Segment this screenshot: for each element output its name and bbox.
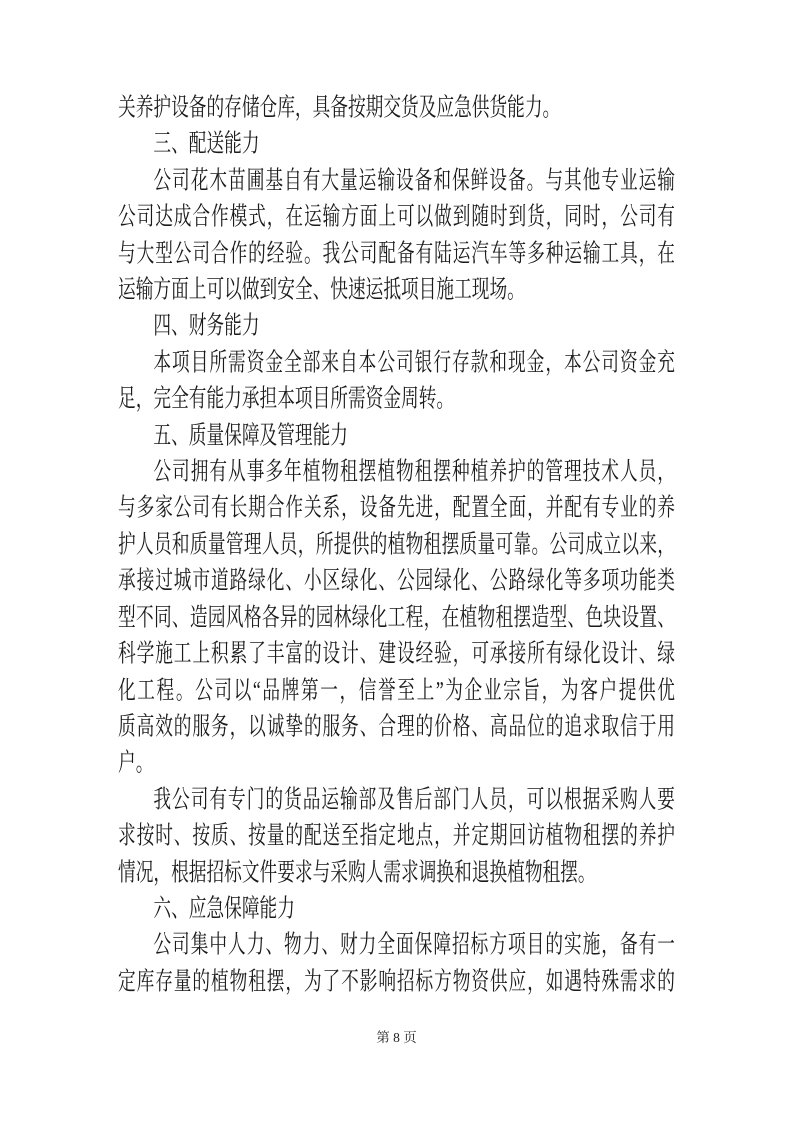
text-body: 关养护设备的存储仓库，具备按期交货及应急供货能力。三、配送能力公司花木苗圃基自有… [118,89,675,999]
text-line: 定库存量的植物租摆，为了不影响招标方物资供应，如遇特殊需求的 [118,955,675,1007]
document-page: 关养护设备的存储仓库，具备按期交货及应急供货能力。三、配送能力公司花木苗圃基自有… [0,0,793,1122]
page-number: 第 8 页 [0,1028,793,1048]
